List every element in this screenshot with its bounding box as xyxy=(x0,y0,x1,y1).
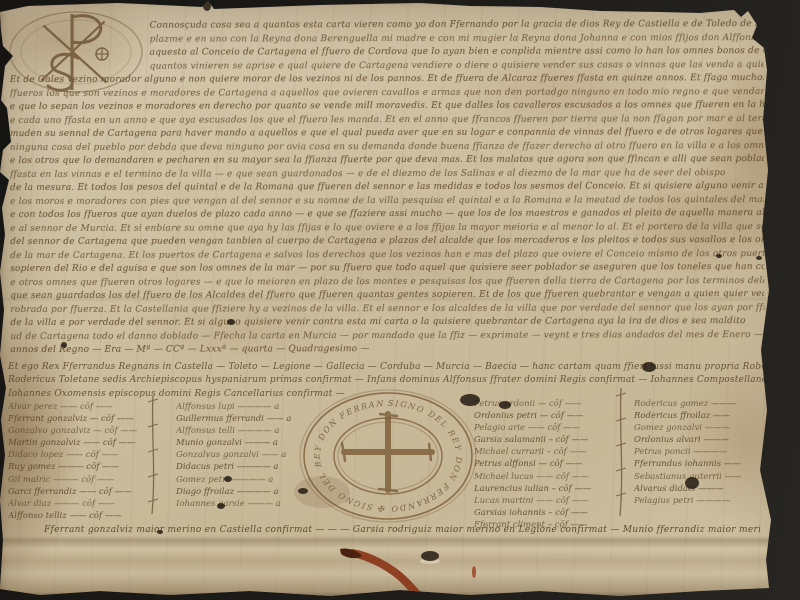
wax-seal-stain xyxy=(340,548,476,599)
chi-rho-icon xyxy=(10,12,142,92)
photo-background: Connosçuda cosa sea a quantos esta carta… xyxy=(0,0,800,600)
parchment-hole xyxy=(420,551,440,564)
parchment-sheet: Connosçuda cosa sea a quantos esta carta… xyxy=(0,0,800,600)
ink-artwork-layer: SIGNO DEL REY DON FERRANDO ✠ SIGNO DEL R… xyxy=(0,0,800,600)
